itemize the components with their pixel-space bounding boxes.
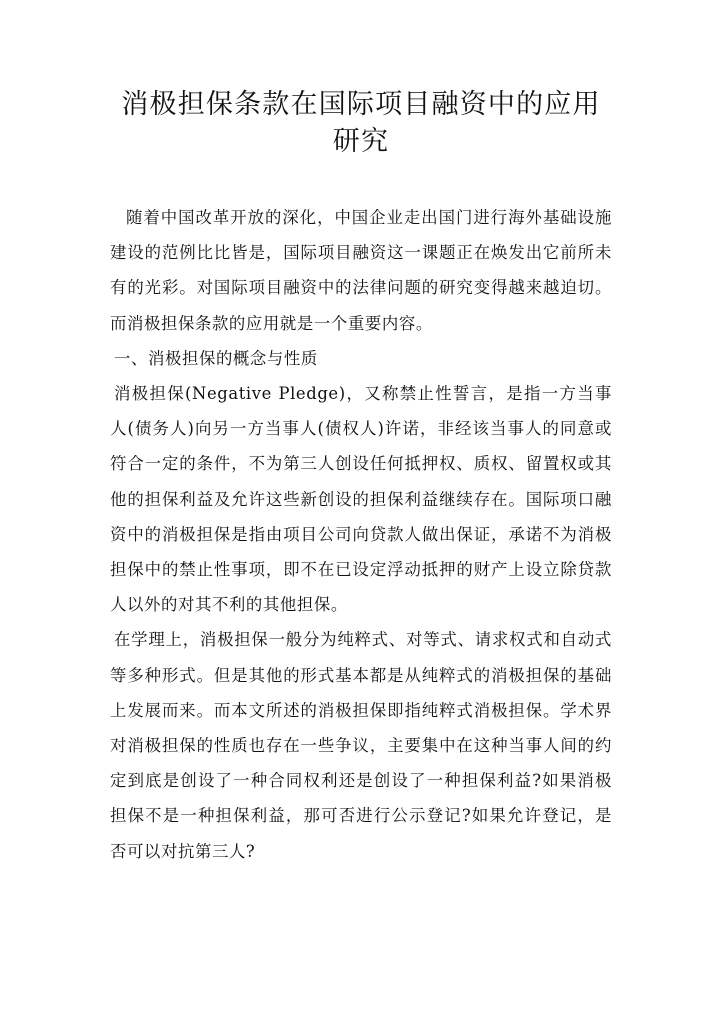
document-title: 消极担保条款在国际项目融资中的应用研究 (110, 86, 612, 160)
document-body: 随着中国改革开放的深化，中国企业走出国门进行海外基础设施建设的范例比比皆是，国际… (110, 200, 612, 869)
intro-paragraph: 随着中国改革开放的深化，中国企业走出国门进行海外基础设施建设的范例比比皆是，国际… (110, 200, 612, 341)
definition-paragraph: 消极担保(Negative Pledge)，又称禁止性誓言，是指一方当事人(债务… (110, 376, 612, 622)
nature-paragraph: 在学理上，消极担保一般分为纯粹式、对等式、请求权式和自动式等多种形式。但是其他的… (110, 622, 612, 868)
section-heading: 一、消极担保的概念与性质 (110, 341, 612, 376)
